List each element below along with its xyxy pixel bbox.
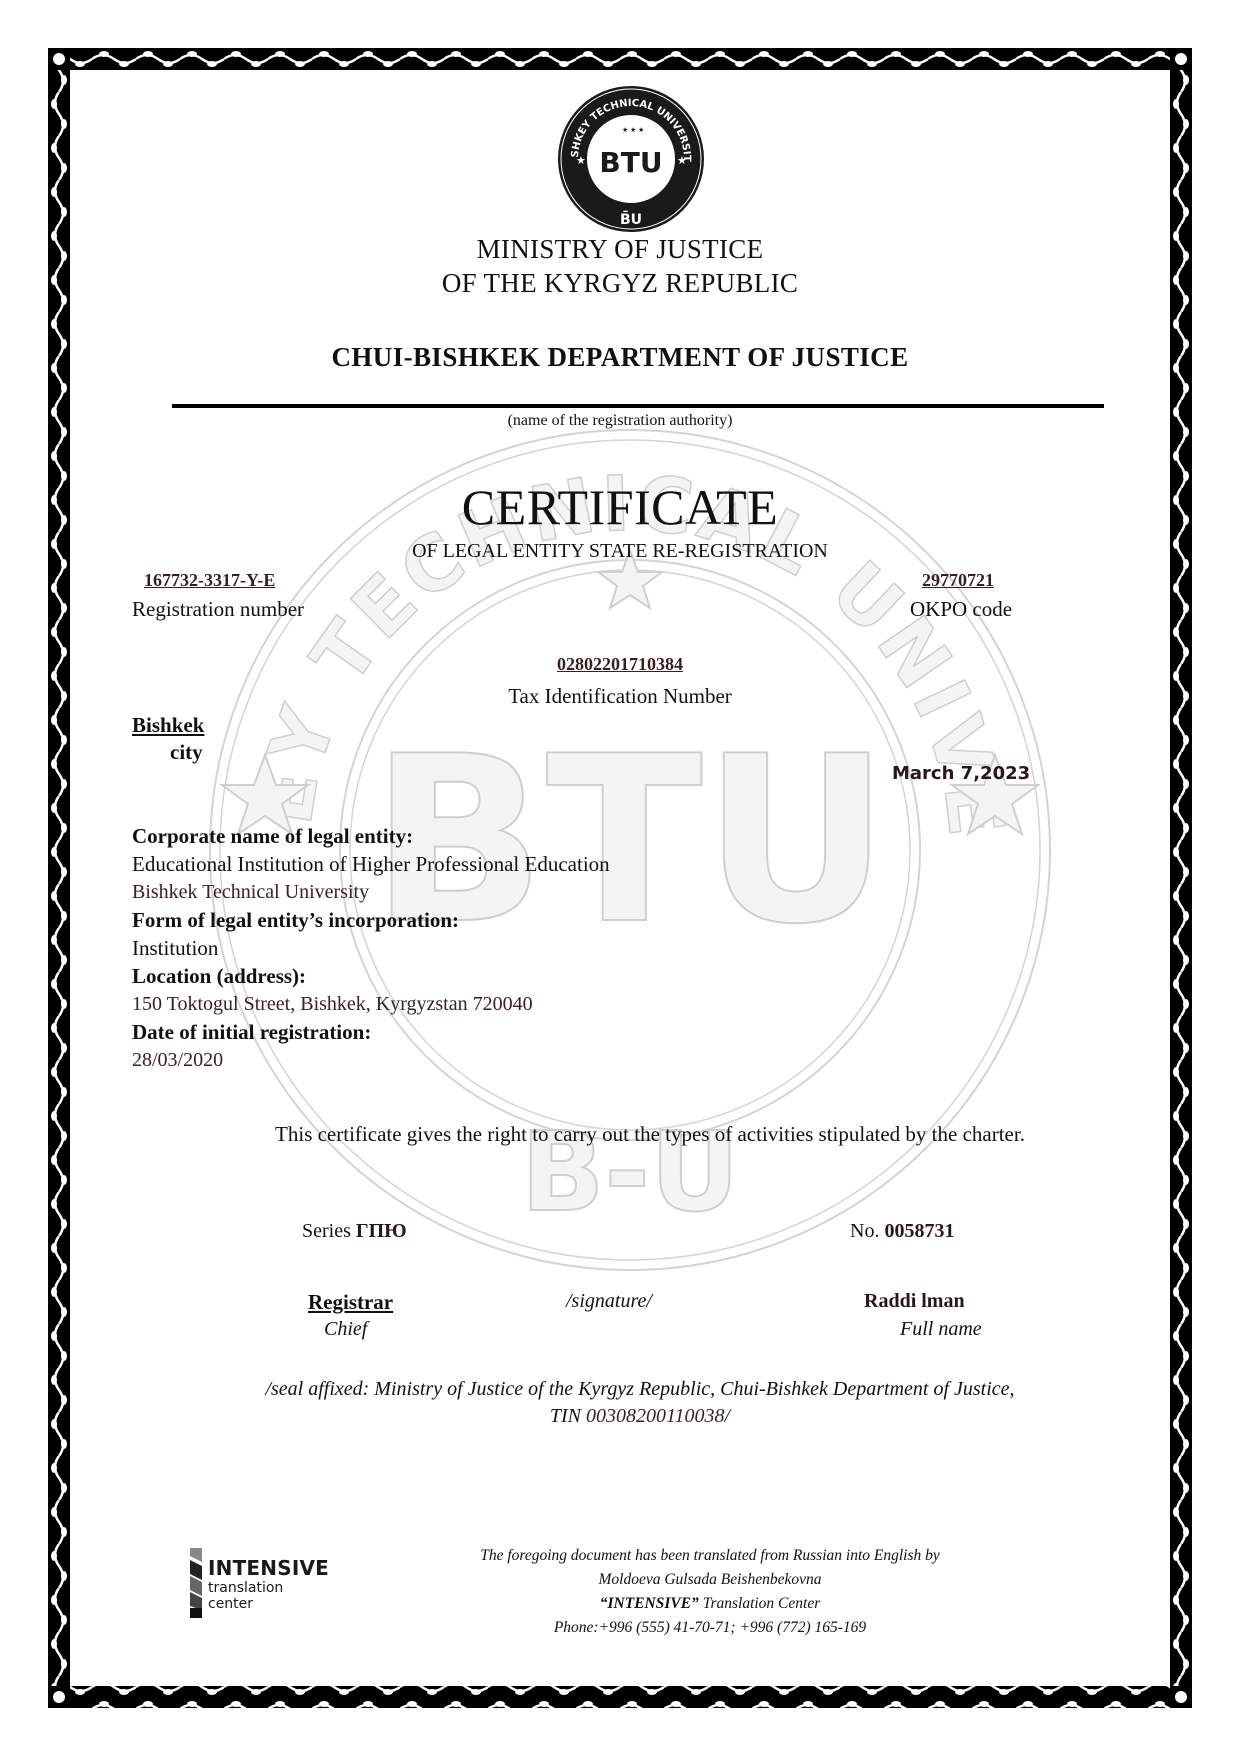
btu-logo-icon: BISHKEY TECHNICAL UNIVERSITY BTU B̄U ★ ★… — [556, 84, 706, 234]
svg-text:B̄U: B̄U — [620, 209, 642, 228]
ministry-line-2: OF THE KYRGYZ REPUBLIC — [0, 266, 1240, 300]
signatory-role: Registrar — [308, 1290, 393, 1315]
divider — [172, 404, 1104, 408]
field-heading-location: Location (address): — [132, 962, 610, 990]
svg-text:★: ★ — [677, 155, 687, 167]
intensive-logo-sub: translation center — [208, 1580, 283, 1612]
signature: /signature/ — [566, 1290, 652, 1313]
ministry-line-1: MINISTRY OF JUSTICE — [0, 232, 1240, 266]
ministry-heading: MINISTRY OF JUSTICE OF THE KYRGYZ REPUBL… — [0, 232, 1240, 300]
seal-note: /seal affixed: Ministry of Justice of th… — [0, 1376, 1240, 1430]
intensive-logo-mark-icon — [190, 1548, 204, 1618]
authority-note: (name of the registration authority) — [0, 412, 1240, 430]
svg-text:BTU: BTU — [599, 146, 662, 179]
okpo-code-label: OKPO code — [910, 597, 1012, 622]
issue-date: March 7,2023 — [892, 763, 1030, 784]
certificate-number: No. 0058731 — [850, 1220, 954, 1243]
signatory-name: Raddi lman — [864, 1290, 965, 1313]
entity-details: Corporate name of legal entity: Educatio… — [132, 822, 610, 1074]
rights-statement: This certificate gives the right to carr… — [0, 1122, 1240, 1147]
registration-number-label: Registration number — [132, 597, 304, 622]
translator-name: Moldoeva Gulsada Beishenbekovna — [420, 1568, 1000, 1592]
tax-id-label: Tax Identification Number — [0, 684, 1240, 709]
svg-text:★: ★ — [576, 155, 586, 167]
number-label: No. — [850, 1220, 879, 1242]
seal-line-1: /seal affixed: Ministry of Justice of th… — [40, 1376, 1240, 1403]
field-value-initial-registration: 28/03/2020 — [132, 1046, 610, 1074]
department-heading: CHUI-BISHKEK DEPARTMENT OF JUSTICE — [0, 342, 1240, 373]
field-value-corporate-name-1: Educational Institution of Higher Profes… — [132, 850, 610, 878]
number-value: 0058731 — [884, 1220, 954, 1242]
translation-center: “INTENSIVE” Translation Center — [420, 1592, 1000, 1616]
seal-tin-value: 00308200110038/ — [586, 1405, 730, 1427]
translation-note: The foregoing document has been translat… — [420, 1544, 1000, 1640]
field-heading-initial-registration: Date of initial registration: — [132, 1018, 610, 1046]
seal-tin-label: TIN — [550, 1405, 581, 1427]
intensive-logo-sub-1: translation — [208, 1580, 283, 1596]
series: Series ГПЮ — [302, 1220, 407, 1243]
intensive-logo-sub-2: center — [208, 1596, 283, 1612]
field-heading-corporate-name: Corporate name of legal entity: — [132, 822, 610, 850]
translation-center-name: “INTENSIVE” — [600, 1595, 699, 1612]
field-value-corporate-name-2: Bishkek Technical University — [132, 878, 610, 906]
tax-id-value: 02802201710384 — [557, 654, 683, 674]
okpo-code-value: 29770721 — [922, 570, 994, 591]
signatory-name-label: Full name — [900, 1318, 982, 1341]
issue-place: Bishkek city — [132, 712, 204, 766]
field-value-incorporation-form: Institution — [132, 934, 610, 962]
certificate-subtitle: OF LEGAL ENTITY STATE RE-REGISTRATION — [0, 540, 1240, 563]
translation-line-1: The foregoing document has been translat… — [420, 1544, 1000, 1568]
certificate-title: CERTIFICATE — [0, 478, 1240, 536]
translation-phone: Phone:+996 (555) 41-70-71; +996 (772) 16… — [420, 1616, 1000, 1640]
signatory-title: Chief — [324, 1318, 367, 1341]
series-label: Series — [302, 1220, 351, 1242]
tax-id-value-wrap: 02802201710384 — [0, 654, 1240, 675]
series-value: ГПЮ — [356, 1220, 407, 1242]
intensive-logo-name: INTENSIVE — [208, 1556, 329, 1580]
field-value-location: 150 Toktogul Street, Bishkek, Kyrgyzstan… — [132, 990, 610, 1018]
translation-center-suffix: Translation Center — [699, 1595, 820, 1612]
city-word: city — [132, 739, 204, 766]
svg-text:★ ★ ★: ★ ★ ★ — [622, 126, 644, 134]
seal-line-2: TIN 00308200110038/ — [40, 1403, 1240, 1430]
city-name: Bishkek — [132, 712, 204, 739]
registration-number-value: 167732-3317-Y-E — [144, 570, 275, 591]
field-heading-incorporation-form: Form of legal entity’s incorporation: — [132, 906, 610, 934]
intensive-logo: INTENSIVE translation center — [190, 1548, 350, 1618]
